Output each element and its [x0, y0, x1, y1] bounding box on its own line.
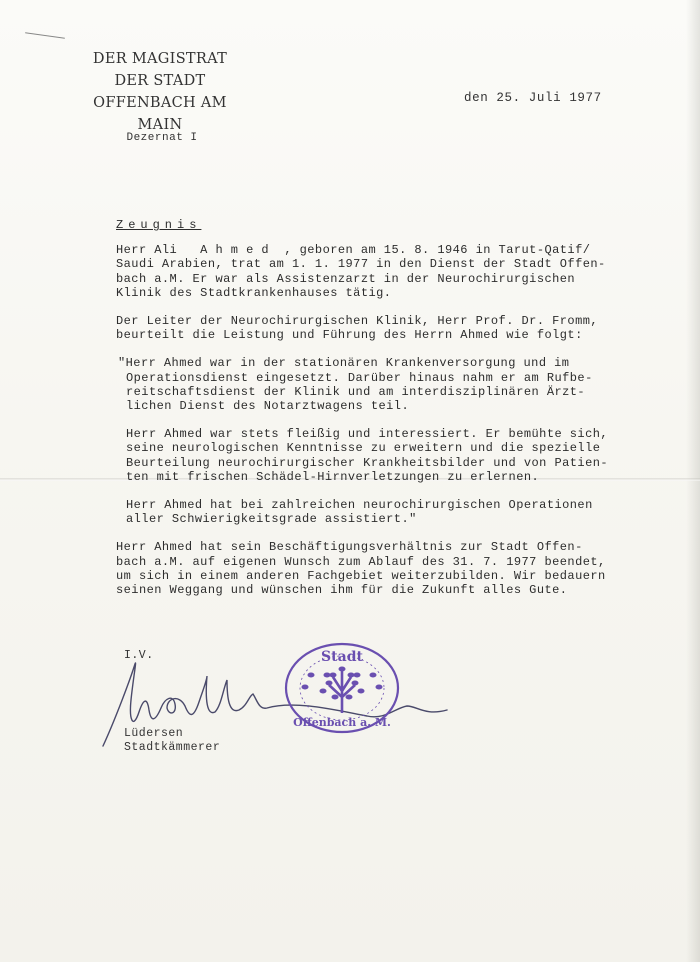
body-paragraph: Herr Ali A h m e d , geboren am 15. 8. 1…: [116, 243, 636, 300]
text-line: Der Leiter der Neurochirurgischen Klinik…: [116, 314, 636, 328]
text-line: seinen Weggang und wünschen ihm für die …: [116, 583, 636, 597]
letter-body: Zeugnis Herr Ali A h m e d , geboren am …: [116, 218, 636, 611]
document-title: Zeugnis: [116, 218, 636, 232]
text-line: Klinik des Stadtkrankenhauses tätig.: [116, 286, 636, 300]
document-page: DER MAGISTRAT DER STADT OFFENBACH AM MAI…: [0, 0, 700, 962]
letterhead-line: DER STADT: [70, 70, 250, 92]
letterhead: DER MAGISTRAT DER STADT OFFENBACH AM MAI…: [70, 48, 250, 144]
letterhead-line: OFFENBACH AM MAIN: [70, 92, 250, 136]
letterhead-line: DER MAGISTRAT: [70, 48, 250, 70]
text-line: Herr Ahmed hat bei zahlreichen neurochir…: [126, 498, 636, 512]
quoted-paragraph: Herr Ahmed hat bei zahlreichen neurochir…: [116, 498, 636, 526]
signer-block: Lüdersen Stadtkämmerer: [124, 727, 220, 755]
text-line: "Herr Ahmed war in der stationären Krank…: [126, 356, 636, 370]
signer-position: Stadtkämmerer: [124, 741, 220, 755]
signer-name: Lüdersen: [124, 727, 220, 741]
text-line: bach a.M. auf eigenen Wunsch zum Ablauf …: [116, 555, 636, 569]
text-line: Saudi Arabien, trat am 1. 1. 1977 in den…: [116, 257, 636, 271]
text-line: Herr Ahmed hat sein Beschäftigungsverhäl…: [116, 540, 636, 554]
text-line: beurteilt die Leistung und Führung des H…: [116, 328, 636, 342]
quoted-paragraph: Herr Ahmed war stets fleißig und interes…: [116, 427, 636, 484]
letterhead-department: Dezernat I: [70, 133, 250, 144]
text-line: Herr Ali A h m e d , geboren am 15. 8. 1…: [116, 243, 636, 257]
paper-edge-shadow: [686, 0, 700, 962]
stamp-top-text: Stadt: [321, 649, 363, 665]
paragraphs-container: Herr Ali A h m e d , geboren am 15. 8. 1…: [116, 243, 636, 597]
text-line: Beurteilung neurochirurgischer Krankheit…: [126, 456, 636, 470]
body-paragraph: Der Leiter der Neurochirurgischen Klinik…: [116, 314, 636, 342]
city-seal-stamp: Stadt Offenbach a. M.: [283, 641, 401, 735]
paper-scratch-mark: [25, 32, 65, 39]
text-line: um sich in einem anderen Fachgebiet weit…: [116, 569, 636, 583]
text-line: bach a.M. Er war als Assistenzarzt in de…: [116, 272, 636, 286]
quoted-paragraph: "Herr Ahmed war in der stationären Krank…: [116, 356, 636, 413]
letter-date: den 25. Juli 1977: [464, 91, 602, 105]
body-paragraph: Herr Ahmed hat sein Beschäftigungsverhäl…: [116, 540, 636, 597]
text-line: reitschaftsdienst der Klinik und am inte…: [126, 385, 636, 399]
text-line: seine neurologischen Kenntnisse zu erwei…: [126, 441, 636, 455]
stamp-bottom-text: Offenbach a. M.: [293, 716, 391, 729]
text-line: lichen Dienst des Notarztwagens teil.: [126, 399, 636, 413]
text-line: Herr Ahmed war stets fleißig und interes…: [126, 427, 636, 441]
text-line: aller Schwierigkeitsgrade assistiert.": [126, 512, 636, 526]
text-line: ten mit frischen Schädel-Hirnverletzunge…: [126, 470, 636, 484]
text-line: Operationsdienst eingesetzt. Darüber hin…: [126, 371, 636, 385]
